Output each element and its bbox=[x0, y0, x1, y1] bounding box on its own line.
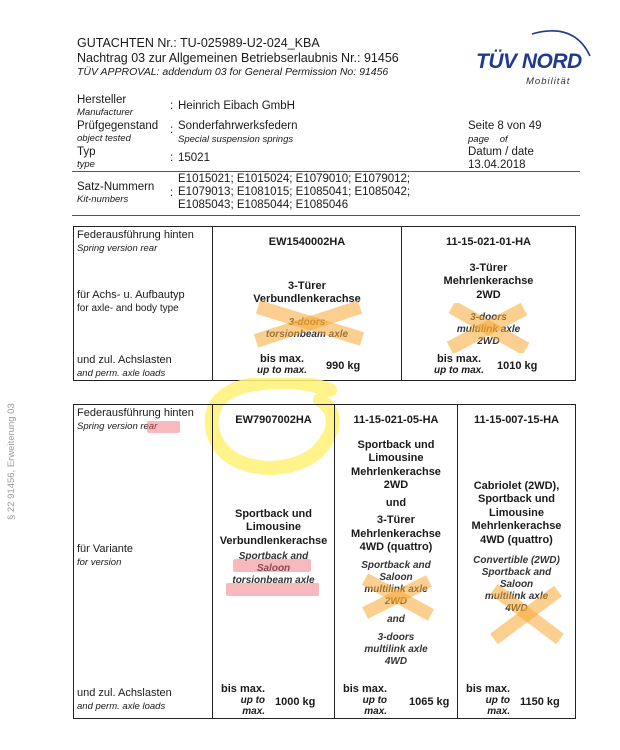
desc-line: 3-Türer bbox=[402, 262, 575, 276]
label-axle: für Achs- u. Aufbautyp for axle- and bod… bbox=[77, 289, 185, 315]
load-en: max. bbox=[343, 706, 387, 717]
colon: : bbox=[170, 100, 173, 112]
spring-code: 11-15-021-05-HA bbox=[335, 414, 457, 428]
object-value-de: Sonderfahrwerksfedern bbox=[178, 120, 298, 133]
axle-load-value: 1000 kg bbox=[275, 696, 315, 708]
desc-line: multilink axle bbox=[335, 644, 457, 656]
variant-desc-en: Convertible (2WD) Sportback and Saloon m… bbox=[458, 555, 575, 615]
desc-line: und bbox=[335, 497, 457, 511]
load-label: bis max. up to max. bbox=[257, 353, 307, 376]
variant-desc-de: Sportback und Limousine Mehrlenkerachse … bbox=[335, 439, 457, 555]
object-en: object tested bbox=[77, 133, 158, 144]
variant-desc-de: Sportback und Limousine Verbundlenkerach… bbox=[213, 508, 334, 549]
load-label: bis max. up to max. bbox=[221, 683, 265, 717]
date-label: Datum / date bbox=[468, 146, 534, 159]
kits-en: Kit-numbers bbox=[77, 194, 154, 205]
spring-code: EW7907002HA bbox=[213, 414, 334, 428]
load-label: bis max. up to max. bbox=[434, 353, 484, 376]
desc-line: 3-doors bbox=[402, 312, 575, 324]
load-en: up to max. bbox=[257, 365, 307, 376]
desc-line: Limousine bbox=[458, 507, 575, 521]
desc-line: Verbundlenkerachse bbox=[213, 535, 334, 549]
type-en: type bbox=[77, 159, 96, 170]
spring-code: 11-15-007-15-HA bbox=[458, 414, 575, 428]
document-header: GUTACHTEN Nr.: TU-025989-U2-024_KBA Nach… bbox=[77, 36, 399, 79]
approval-line: TÜV APPROVAL: addendum 03 for General Pe… bbox=[77, 66, 399, 79]
load-en: up to bbox=[221, 695, 265, 706]
red-highlight bbox=[147, 421, 180, 433]
variant-desc-en: Sportback and Saloon multilink axle 2WD … bbox=[335, 560, 457, 668]
manufacturer-de: Hersteller bbox=[77, 94, 133, 107]
spring-table-2: Federausführung hinten Spring version re… bbox=[73, 404, 576, 719]
desc-line: Saloon bbox=[335, 572, 457, 584]
side-reference: § 22 91456, Erweiterung 03 bbox=[6, 403, 17, 520]
page-de: Seite 8 von 49 bbox=[468, 120, 542, 133]
addendum-title: Nachtrag 03 zur Allgemeinen Betriebserla… bbox=[77, 51, 399, 66]
report-number: GUTACHTEN Nr.: TU-025989-U2-024_KBA bbox=[77, 36, 399, 51]
logo-sub: Mobilität bbox=[526, 76, 570, 87]
desc-line: multilink axle bbox=[402, 324, 575, 336]
desc-line: Mehrlenkerachse bbox=[335, 528, 457, 542]
kit-line: E1015021; E1015024; E1079010; E1079012; bbox=[178, 173, 410, 186]
page-info: Seite 8 von 49 page of bbox=[468, 120, 542, 146]
axle-load-value: 1010 kg bbox=[497, 360, 537, 372]
desc-line: Sportback und bbox=[335, 439, 457, 453]
axle-desc-de: 3-Türer Mehrlenkerachse 2WD bbox=[402, 262, 575, 303]
label-en: Spring version rear bbox=[77, 420, 209, 433]
type-value: 15021 bbox=[178, 152, 210, 165]
desc-line: multilink axle bbox=[335, 584, 457, 596]
axle-desc-en: 3-doors multilink axle 2WD bbox=[402, 312, 575, 348]
type-de: Typ bbox=[77, 146, 96, 159]
manufacturer-label: Hersteller Manufacturer bbox=[77, 94, 133, 118]
column-11-15-021-01-HA: 11-15-021-01-HA 3-Türer Mehrlenkerachse … bbox=[402, 227, 576, 381]
column-EW7907002HA: EW7907002HA Sportback und Limousine Verb… bbox=[213, 405, 335, 719]
logo-brand: TÜV NORD bbox=[476, 50, 582, 74]
label-de: und zul. Achslasten bbox=[77, 687, 172, 700]
load-en: up to bbox=[343, 695, 387, 706]
desc-line: Sportback and bbox=[458, 567, 575, 579]
axle-load-value: 1065 kg bbox=[409, 696, 449, 708]
column-EW1540002HA: EW1540002HA 3-Türer Verbundlenkerachse 3… bbox=[213, 227, 402, 381]
desc-line: 3-doors bbox=[213, 317, 401, 329]
desc-line: 4WD (quattro) bbox=[335, 541, 457, 555]
desc-line: torsionbeam axle bbox=[213, 329, 401, 341]
label-en: and perm. axle loads bbox=[77, 700, 172, 713]
divider bbox=[72, 171, 580, 172]
desc-line: 2WD bbox=[402, 336, 575, 348]
spring-table-1: Federausführung hinten Spring version re… bbox=[73, 226, 576, 381]
label-en: and perm. axle loads bbox=[77, 367, 172, 380]
object-value-en: Special suspension springs bbox=[178, 133, 298, 146]
desc-line: multilink axle bbox=[458, 591, 575, 603]
label-load: und zul. Achslasten and perm. axle loads bbox=[77, 687, 172, 713]
kit-line: E1085043; E1085044; E1085046 bbox=[178, 199, 410, 212]
colon: : bbox=[170, 124, 173, 136]
red-highlight bbox=[226, 583, 319, 596]
load-en: up to max. bbox=[434, 365, 484, 376]
spring-code: 11-15-021-01-HA bbox=[402, 236, 575, 250]
kit-numbers: E1015021; E1015024; E1079010; E1079012; … bbox=[178, 173, 410, 212]
row-labels: Federausführung hinten Spring version re… bbox=[74, 405, 213, 719]
load-en: max. bbox=[221, 706, 265, 717]
desc-line: Cabriolet (2WD), bbox=[458, 480, 575, 494]
row-labels: Federausführung hinten Spring version re… bbox=[74, 227, 213, 381]
desc-line: Limousine bbox=[335, 452, 457, 466]
red-highlight bbox=[233, 559, 311, 572]
page-en: page of bbox=[468, 133, 542, 146]
label-en: for axle- and body type bbox=[77, 302, 185, 315]
variant-desc-de: Cabriolet (2WD), Sportback und Limousine… bbox=[458, 480, 575, 548]
kit-line: E1079013; E1081015; E1085041; E1085042; bbox=[178, 186, 410, 199]
desc-line: Mehrlenkerachse bbox=[458, 520, 575, 534]
desc-line: 4WD (quattro) bbox=[458, 534, 575, 548]
label-de: Federausführung hinten bbox=[77, 407, 209, 420]
tuv-nord-logo: TÜV NORD Mobilität bbox=[462, 26, 594, 90]
label-variant: für Variante for version bbox=[77, 543, 133, 569]
load-en: up to bbox=[466, 695, 510, 706]
desc-line: Sportback und bbox=[213, 508, 334, 522]
divider bbox=[72, 215, 580, 216]
label-de: und zul. Achslasten bbox=[77, 354, 172, 367]
load-de: bis max. bbox=[434, 353, 484, 365]
load-label: bis max. up to max. bbox=[466, 683, 510, 717]
desc-line: 4WD bbox=[458, 603, 575, 615]
desc-line: 2WD bbox=[402, 289, 575, 303]
colon: : bbox=[170, 152, 173, 164]
desc-line: and bbox=[335, 614, 457, 626]
column-11-15-021-05-HA: 11-15-021-05-HA Sportback und Limousine … bbox=[335, 405, 458, 719]
load-de: bis max. bbox=[221, 683, 265, 695]
desc-line: 4WD bbox=[335, 656, 457, 668]
column-11-15-007-15-HA: 11-15-007-15-HA Cabriolet (2WD), Sportba… bbox=[458, 405, 576, 719]
object-de: Prüfgegenstand bbox=[77, 120, 158, 133]
kits-de: Satz-Nummern bbox=[77, 181, 154, 194]
date-info: Datum / date 13.04.2018 bbox=[468, 146, 534, 172]
label-spring: Federausführung hinten Spring version re… bbox=[77, 229, 209, 255]
load-label: bis max. up to max. bbox=[343, 683, 387, 717]
load-de: bis max. bbox=[257, 353, 307, 365]
desc-line: Convertible (2WD) bbox=[458, 555, 575, 567]
label-en: Spring version rear bbox=[77, 242, 209, 255]
desc-line: 3-doors bbox=[335, 632, 457, 644]
desc-line: Sportback and bbox=[335, 560, 457, 572]
label-spring: Federausführung hinten Spring version re… bbox=[77, 407, 209, 433]
desc-line: Mehrlenkerachse bbox=[335, 466, 457, 480]
manufacturer-en: Manufacturer bbox=[77, 107, 133, 118]
object-label: Prüfgegenstand object tested bbox=[77, 120, 158, 144]
desc-line: Mehrlenkerachse bbox=[402, 275, 575, 289]
desc-line: 2WD bbox=[335, 479, 457, 493]
object-value: Sonderfahrwerksfedern Special suspension… bbox=[178, 120, 298, 146]
type-label: Typ type bbox=[77, 146, 96, 170]
label-load: und zul. Achslasten and perm. axle loads bbox=[77, 354, 172, 380]
desc-line: 3-Türer bbox=[213, 280, 401, 294]
load-de: bis max. bbox=[343, 683, 387, 695]
kits-label: Satz-Nummern Kit-numbers bbox=[77, 181, 154, 205]
label-de: Federausführung hinten bbox=[77, 229, 209, 242]
axle-load-value: 1150 kg bbox=[520, 696, 560, 708]
desc-line: 3-Türer bbox=[335, 514, 457, 528]
desc-line: Sportback und bbox=[458, 493, 575, 507]
desc-line: Saloon bbox=[458, 579, 575, 591]
axle-desc-en: 3-doors torsionbeam axle bbox=[213, 317, 401, 341]
manufacturer-value: Heinrich Eibach GmbH bbox=[178, 100, 295, 113]
label-de: für Achs- u. Aufbautyp bbox=[77, 289, 185, 302]
colon: : bbox=[170, 187, 173, 199]
label-en: for version bbox=[77, 556, 133, 569]
label-de: für Variante bbox=[77, 543, 133, 556]
axle-load-value: 990 kg bbox=[326, 360, 360, 372]
spring-code: EW1540002HA bbox=[213, 236, 401, 250]
desc-line: Verbundlenkerachse bbox=[213, 293, 401, 307]
axle-desc-de: 3-Türer Verbundlenkerachse bbox=[213, 280, 401, 307]
load-en: max. bbox=[466, 706, 510, 717]
desc-line: 2WD bbox=[335, 596, 457, 608]
load-de: bis max. bbox=[466, 683, 510, 695]
desc-line: Limousine bbox=[213, 521, 334, 535]
